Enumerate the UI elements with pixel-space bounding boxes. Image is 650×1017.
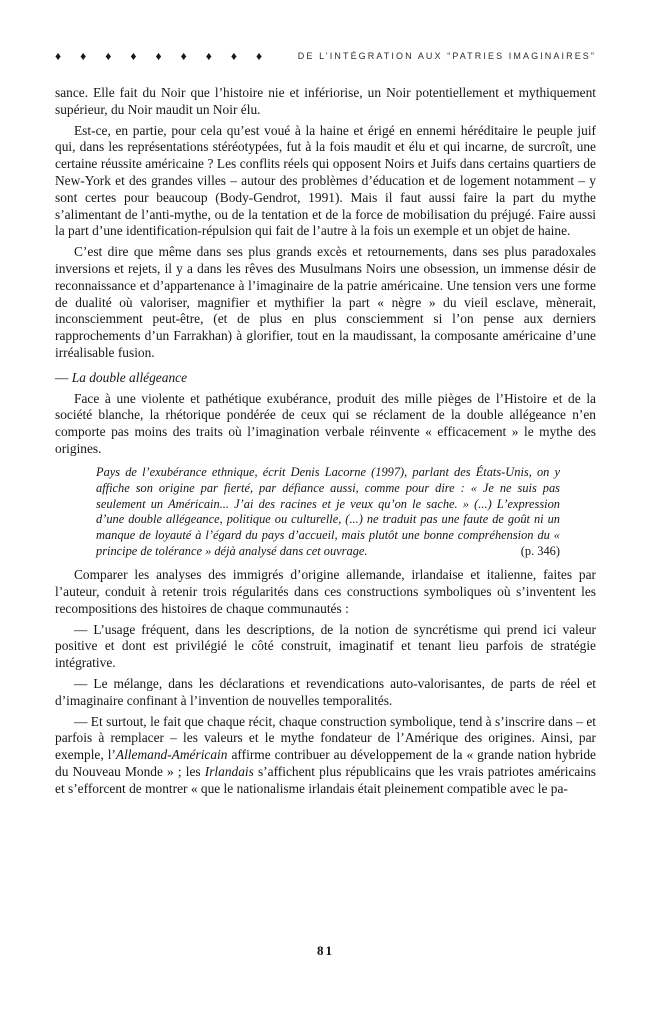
text-run: — L’usage fréquent, dans les description… — [55, 622, 596, 671]
page-content: ♦ ♦ ♦ ♦ ♦ ♦ ♦ ♦ ♦ DE L’INTÉGRATION AUX “… — [0, 0, 650, 798]
paragraph: C’est dire que même dans ses plus grands… — [55, 244, 596, 362]
document-page: ♦ ♦ ♦ ♦ ♦ ♦ ♦ ♦ ♦ DE L’INTÉGRATION AUX “… — [0, 0, 650, 1017]
text-run: C’est dire que même dans ses plus grands… — [55, 244, 596, 360]
text-run: — — [55, 370, 72, 385]
page-header: ♦ ♦ ♦ ♦ ♦ ♦ ♦ ♦ ♦ DE L’INTÉGRATION AUX “… — [55, 50, 596, 62]
italic-text-run: Pays de l’exubérance ethnique, écrit Den… — [96, 465, 560, 559]
block-quote: Pays de l’exubérance ethnique, écrit Den… — [96, 465, 560, 560]
text-run: Est-ce, en partie, pour cela qu’est voué… — [55, 123, 596, 239]
section-heading: — La double allégeance — [55, 370, 596, 387]
diamond-ornament: ♦ ♦ ♦ ♦ ♦ ♦ ♦ ♦ ♦ — [55, 50, 262, 62]
page-body: sance. Elle fait du Noir que l’histoire … — [55, 85, 596, 798]
paragraph: — Le mélange, dans les déclarations et r… — [55, 676, 596, 710]
italic-text-run: La double allégeance — [72, 370, 187, 385]
running-title: DE L’INTÉGRATION AUX “PATRIES IMAGINAIRE… — [298, 52, 596, 61]
page-footer: 81 — [55, 942, 596, 960]
paragraph: — L’usage fréquent, dans les description… — [55, 622, 596, 672]
paragraph: Face à une violente et pathétique exubér… — [55, 391, 596, 458]
paragraph: Comparer les analyses des immigrés d’ori… — [55, 567, 596, 617]
text-run: sance. Elle fait du Noir que l’histoire … — [55, 85, 596, 117]
italic-text-run: Allemand-Américain — [116, 747, 228, 762]
paragraph: sance. Elle fait du Noir que l’histoire … — [55, 85, 596, 119]
page-number: 81 — [317, 943, 334, 958]
text-run: Face à une violente et pathétique exubér… — [55, 391, 596, 456]
text-run: — Le mélange, dans les déclarations et r… — [55, 676, 596, 708]
text-run: Comparer les analyses des immigrés d’ori… — [55, 567, 596, 616]
quote-page-ref: (p. 346) — [521, 544, 560, 560]
paragraph: Est-ce, en partie, pour cela qu’est voué… — [55, 123, 596, 241]
italic-text-run: Irlandais — [205, 764, 254, 779]
paragraph: — Et surtout, le fait que chaque récit, … — [55, 714, 596, 798]
